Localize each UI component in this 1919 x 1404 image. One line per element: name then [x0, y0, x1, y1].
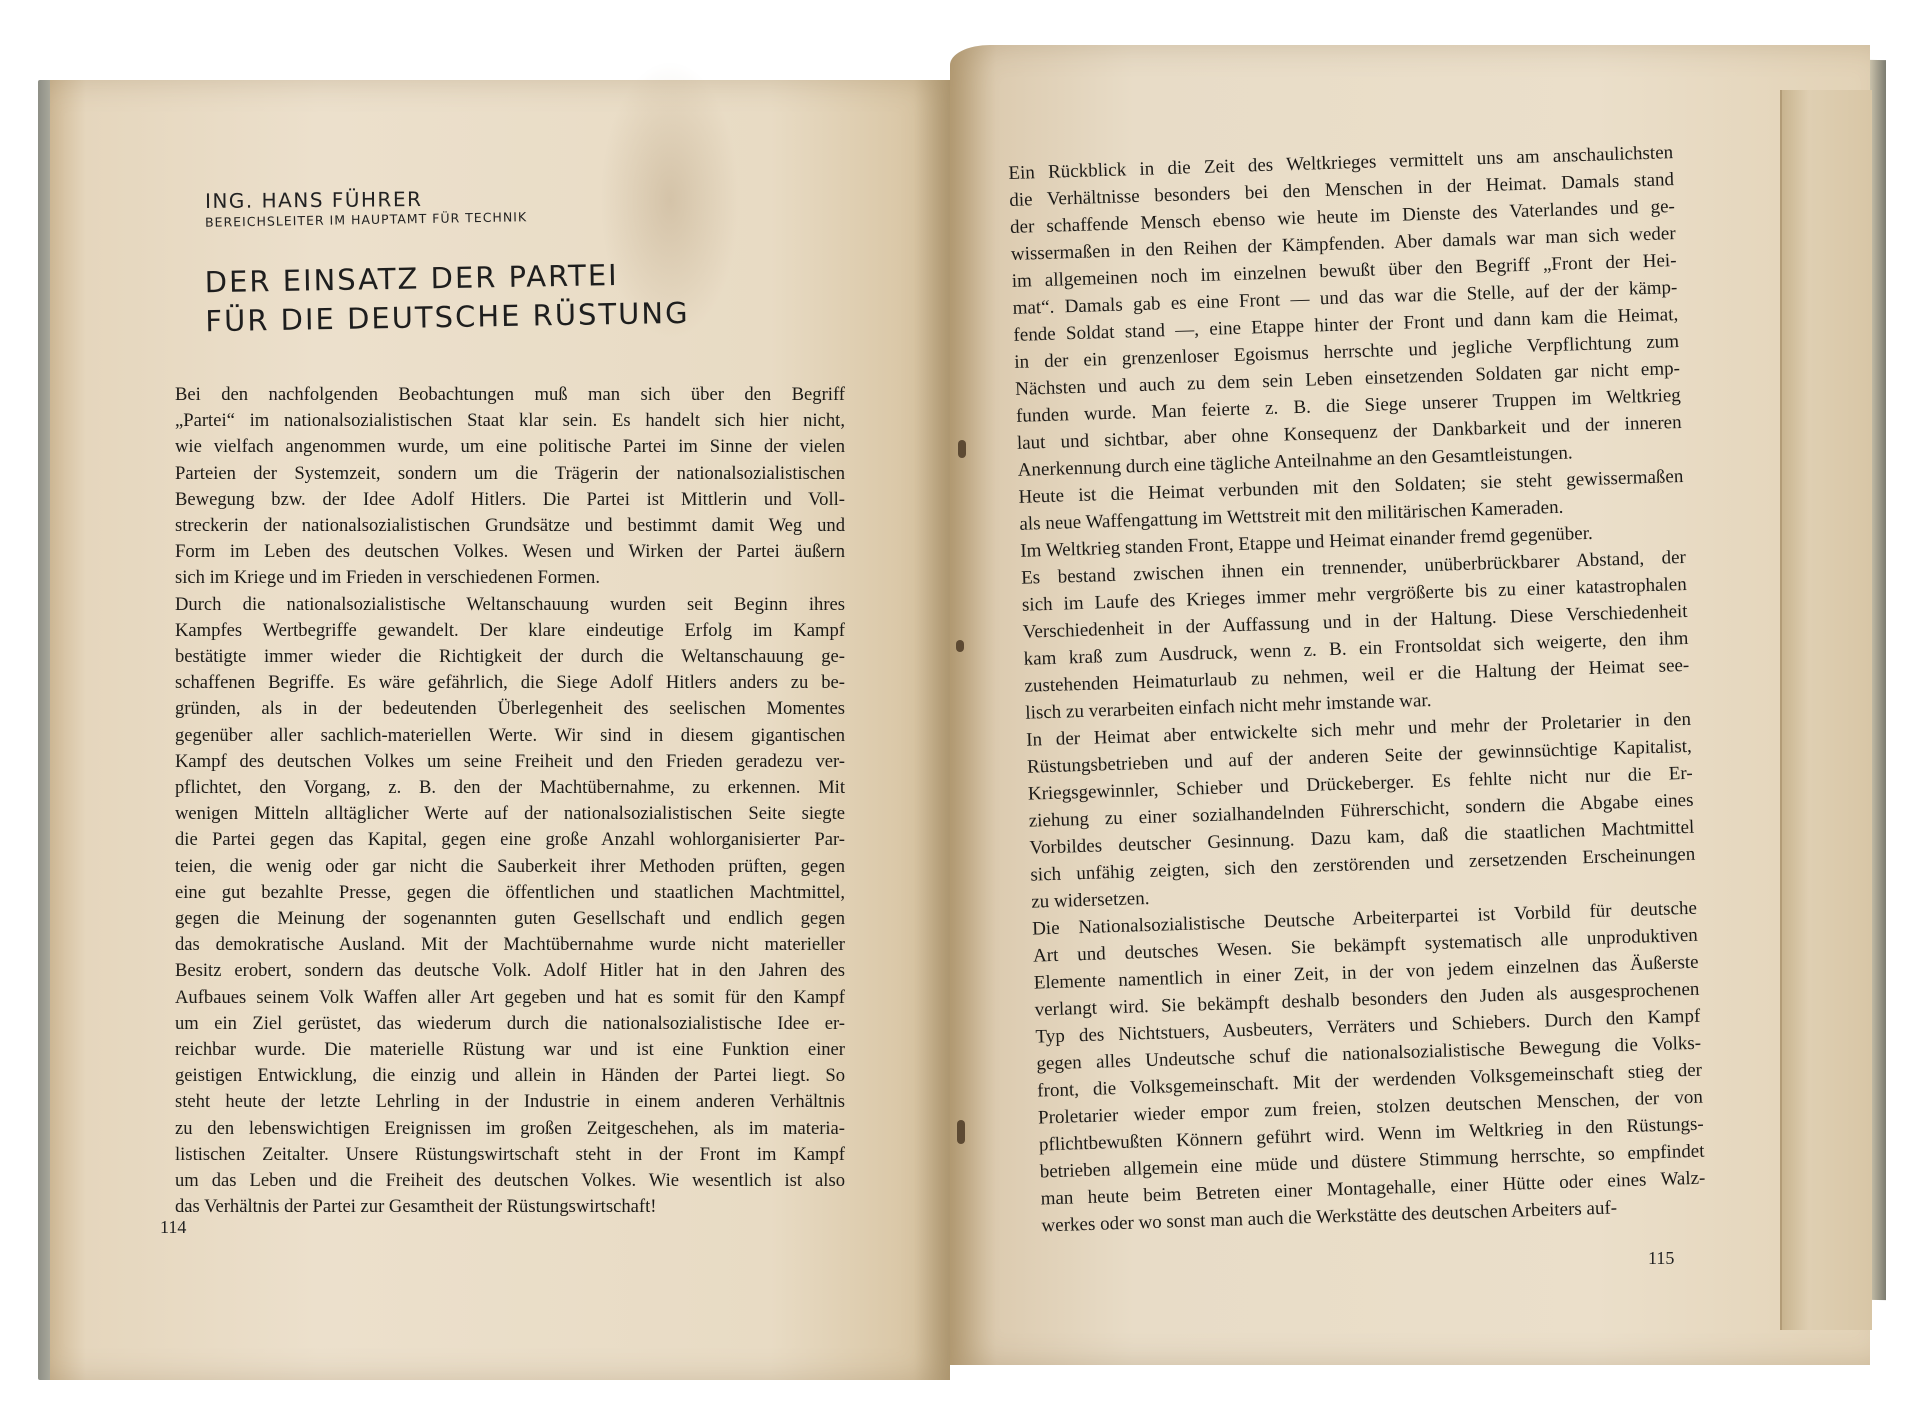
right-page-body-text: Ein Rückblick in die Zeit des Weltkriege…: [1008, 139, 1707, 1239]
text-line: eine gut bezahlte Presse, gegen die öffe…: [175, 880, 845, 906]
text-line: das demokratische Ausland. Mit der Macht…: [175, 932, 845, 958]
text-line: zu den lebenswichtigen Ereignissen im gr…: [175, 1116, 845, 1142]
page-number-left: 114: [160, 1217, 186, 1238]
text-line: steht heute der letzte Lehrling in der I…: [175, 1089, 845, 1115]
foxing-spot: [957, 1120, 965, 1144]
text-line: sich im Kriege und im Frieden in verschi…: [175, 565, 845, 591]
text-line: Aufbaues seinem Volk Waffen aller Art ge…: [175, 985, 845, 1011]
text-line: gründen, als in der bedeutenden Überlege…: [175, 696, 845, 722]
text-line: bestätigte immer wieder die Richtigkeit …: [175, 644, 845, 670]
right-page-edge-stack: [1780, 90, 1872, 1330]
text-line: gegen die Meinung der sogenannten guten …: [175, 906, 845, 932]
text-line: geistigen Entwicklung, die einzig und al…: [175, 1063, 845, 1089]
text-line: Parteien der Systemzeit, sondern um die …: [175, 461, 845, 487]
text-line: pflichtet, den Vorgang, z. B. den der Ma…: [175, 775, 845, 801]
text-line: die Partei gegen das Kapital, gegen eine…: [175, 827, 845, 853]
text-line: wenigen Mitteln alltäglicher Werte auf d…: [175, 801, 845, 827]
text-line: Form im Leben des deutschen Volkes. Wese…: [175, 539, 845, 565]
text-line: das Verhältnis der Partei zur Gesamtheit…: [175, 1194, 845, 1220]
book-cover-right-edge: [1870, 60, 1886, 1300]
text-line: teien, die wenig oder gar nicht die Saub…: [175, 854, 845, 880]
text-line: reichbar wurde. Die materielle Rüstung w…: [175, 1037, 845, 1063]
text-line: Bewegung bzw. der Idee Adolf Hitlers. Di…: [175, 487, 845, 513]
text-line: gegenüber aller sachlich-materiellen Wer…: [175, 723, 845, 749]
text-line: schaffenen Begriffe. Es wäre gefährlich,…: [175, 670, 845, 696]
text-line: Kampf des deutschen Volkes um seine Frei…: [175, 749, 845, 775]
text-line: wie vielfach angenommen wurde, um eine p…: [175, 434, 845, 460]
article-title: DER EINSATZ DER PARTEI FÜR DIE DEUTSCHE …: [204, 255, 689, 341]
text-line: streckerin der nationalsozialistischen G…: [175, 513, 845, 539]
foxing-spot: [958, 440, 966, 458]
foxing-spot: [956, 640, 964, 652]
text-line: Bei den nachfolgenden Beobachtungen muß …: [175, 382, 845, 408]
text-line: Kampfes Wertbegriffe gewandelt. Der klar…: [175, 618, 845, 644]
page-number-right: 115: [1648, 1248, 1674, 1269]
text-line: um das Leben und die Freiheit des deutsc…: [175, 1168, 845, 1194]
author-name: ING. HANS FÜHRER: [205, 187, 423, 213]
text-line: „Partei“ im nationalsozialistischen Staa…: [175, 408, 845, 434]
text-line: listischen Zeitalter. Unsere Rüstungswir…: [175, 1142, 845, 1168]
text-line: Besitz erobert, sondern das deutsche Vol…: [175, 958, 845, 984]
text-line: Durch die nationalsozialistische Weltans…: [175, 592, 845, 618]
text-line: um ein Ziel gerüstet, das wiederum durch…: [175, 1011, 845, 1037]
left-page-body-text: Bei den nachfolgenden Beobachtungen muß …: [175, 382, 845, 1221]
